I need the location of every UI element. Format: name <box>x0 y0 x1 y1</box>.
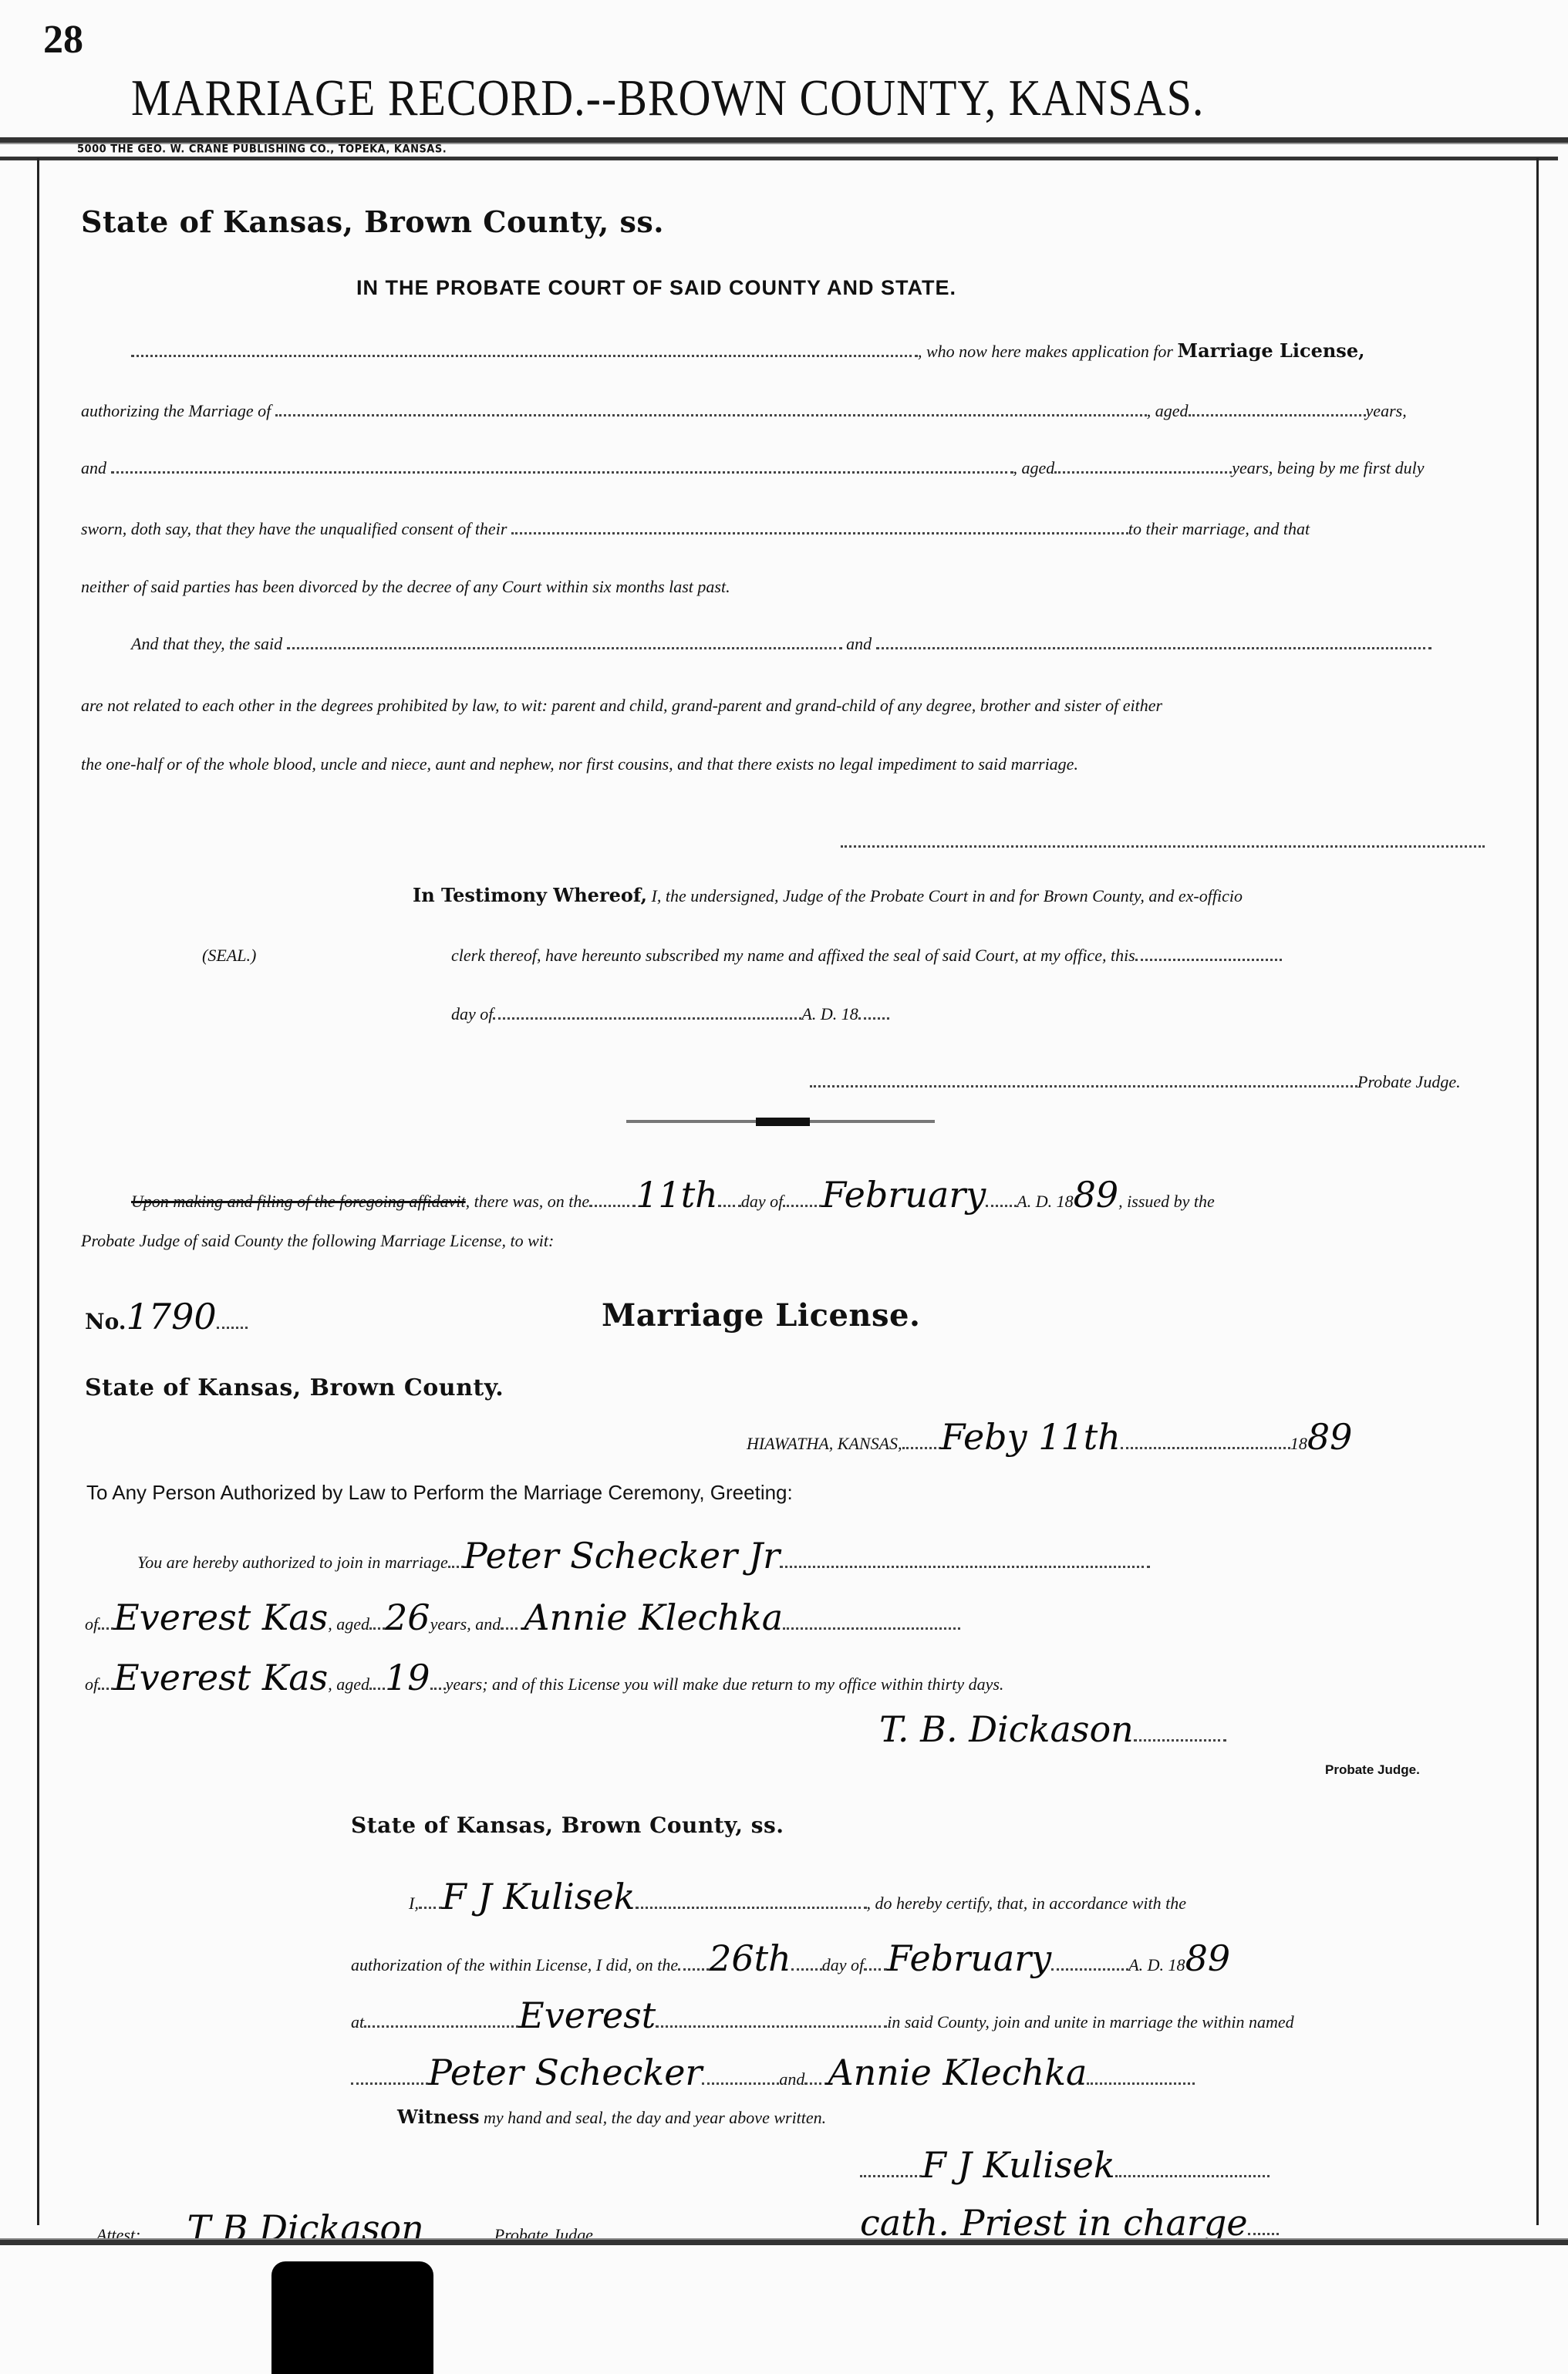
testimony-line-1: In Testimony Whereof, I, the undersigned… <box>413 884 1243 906</box>
text: to their marriage, and that <box>1128 519 1310 538</box>
handwritten-bride-name: Annie Klechka <box>524 1597 783 1638</box>
testimony-line-3: day ofA. D. 18 <box>451 1004 889 1024</box>
text: You are hereby authorized to join in mar… <box>137 1553 448 1572</box>
text: years, <box>1366 401 1407 420</box>
handwritten-bride-age: 19 <box>385 1657 430 1698</box>
place-text: HIAWATHA, KANSAS, <box>747 1434 902 1453</box>
officiant-title-line: cath. Priest in charge <box>860 2202 1279 2244</box>
binding-tab <box>271 2261 433 2374</box>
handwritten-judge-signature: T. B. Dickason <box>879 1708 1134 1750</box>
certificate-line-2: authorization of the within License, I d… <box>351 1937 1230 1979</box>
text: my hand and seal, the day and year above… <box>484 2108 826 2127</box>
issuance-line-1: Upon making and filing of the foregoing … <box>131 1174 1215 1216</box>
struck-text: Upon making and filing of the foregoing … <box>131 1192 466 1211</box>
license-greeting: To Any Person Authorized by Law to Perfo… <box>86 1481 793 1505</box>
text: clerk thereof, have hereunto subscribed … <box>451 946 1135 965</box>
handwritten-groom-name: Peter Schecker Jr <box>464 1535 780 1576</box>
page-border-left <box>37 158 39 2225</box>
handwritten-officiant: F J Kulisek <box>442 1876 636 1917</box>
handwritten-place: Everest <box>518 1995 656 2036</box>
text: at <box>351 2012 364 2032</box>
text: in said County, join and unite in marria… <box>887 2012 1293 2032</box>
application-line-4: sworn, doth say, that they have the unqu… <box>81 519 1310 539</box>
text: Probate Judge. <box>1357 1072 1461 1091</box>
testimony-judge-line: Probate Judge. <box>810 1072 1461 1092</box>
testimony-month-blank <box>493 1017 801 1020</box>
seal-label: (SEAL.) <box>202 946 256 966</box>
header-rule-lower <box>0 157 1558 160</box>
handwritten-month: February <box>887 1937 1051 1979</box>
license-judge-signature: T. B. Dickason <box>879 1708 1226 1750</box>
text: , aged <box>1013 458 1055 477</box>
text: , do hereby certify, that, in accordance… <box>867 1893 1186 1913</box>
license-authorized-line: You are hereby authorized to join in mar… <box>137 1535 1150 1576</box>
text: , who now here makes application for <box>918 342 1173 361</box>
text: I, the undersigned, Judge of the Probate… <box>652 886 1243 905</box>
publisher-imprint: 5000 THE GEO. W. CRANE PUBLISHING CO., T… <box>77 143 447 156</box>
party1-age-blank <box>1189 414 1366 416</box>
no-label: No. <box>85 1309 126 1334</box>
certificate-heading: State of Kansas, Brown County, ss. <box>351 1813 784 1838</box>
application-line-3: and , agedyears, being by me first duly <box>81 458 1425 478</box>
text: A. D. 18 <box>801 1004 858 1023</box>
issuance-line-2: Probate Judge of said County the followi… <box>81 1231 554 1251</box>
application-line-7: are not related to each other in the deg… <box>81 696 1162 716</box>
testimony-year-blank <box>858 1017 889 1020</box>
license-place-date: HIAWATHA, KANSAS,Feby 11th1889 <box>747 1416 1352 1458</box>
text: of <box>85 1614 98 1634</box>
page-border-right <box>1536 158 1539 2225</box>
party2-blank <box>111 471 1013 474</box>
license-number: No.1790 <box>85 1296 248 1337</box>
text: A. D. 18 <box>1128 1955 1185 1974</box>
application-line-1: , who now here makes application for Mar… <box>131 339 1364 362</box>
text: and <box>81 458 106 477</box>
marriage-license-bold: Marriage License, <box>1178 339 1365 362</box>
certificate-line-1: I,F J Kulisek, do hereby certify, that, … <box>409 1876 1186 1917</box>
text: day of <box>822 1955 864 1974</box>
said-party1-blank <box>287 647 842 649</box>
court-heading: IN THE PROBATE COURT OF SAID COUNTY AND … <box>356 276 956 300</box>
party1-blank <box>275 414 1147 416</box>
text: day of <box>741 1192 783 1211</box>
handwritten-year: 89 <box>1074 1174 1119 1216</box>
application-line-6: And that they, the said and <box>131 634 1431 654</box>
handwritten-day: 11th <box>636 1174 718 1216</box>
witness-bold: Witness <box>397 2106 479 2128</box>
application-line-8: the one-half or of the whole blood, uncl… <box>81 754 1078 774</box>
handwritten-groom-residence: Everest Kas <box>113 1597 328 1638</box>
text: years; and of this License you will make… <box>446 1674 1004 1694</box>
application-heading: State of Kansas, Brown County, ss. <box>81 204 664 239</box>
handwritten-license-number: 1790 <box>126 1296 217 1337</box>
handwritten-officiant-title: cath. Priest in charge <box>860 2202 1248 2244</box>
handwritten-bride-name: Annie Klechka <box>828 2052 1087 2093</box>
text: , there was, on the <box>466 1192 590 1211</box>
handwritten-year: 89 <box>1307 1416 1353 1458</box>
text: , aged <box>1147 401 1189 420</box>
certificate-line-3: atEverestin said County, join and unite … <box>351 1995 1294 2036</box>
handwritten-month: February <box>821 1174 986 1216</box>
text: and <box>779 2069 804 2089</box>
testimony-line-2: clerk thereof, have hereunto subscribed … <box>451 946 1282 966</box>
text: , aged <box>328 1614 369 1634</box>
text: I, <box>409 1893 419 1913</box>
consent-blank <box>511 532 1128 534</box>
license-title: Marriage License. <box>602 1297 920 1334</box>
text: , aged <box>328 1674 369 1694</box>
applicant-blank <box>131 355 918 357</box>
handwritten-bride-residence: Everest Kas <box>113 1657 328 1698</box>
text: 18 <box>1290 1434 1307 1453</box>
handwritten-officiant-signature: F J Kulisek <box>922 2144 1115 2186</box>
text: And that they, the said <box>131 634 282 653</box>
text: authorizing the Marriage of <box>81 401 271 420</box>
text: of <box>85 1674 98 1694</box>
text: , issued by the <box>1118 1192 1215 1211</box>
text: years, being by me first duly <box>1232 458 1424 477</box>
witness-line: Witness my hand and seal, the day and ye… <box>397 2106 826 2128</box>
text: years, and <box>430 1614 501 1634</box>
page-title: MARRIAGE RECORD.--BROWN COUNTY, KANSAS. <box>131 68 1204 127</box>
text: A. D. 18 <box>1017 1192 1073 1211</box>
applicant-signature-line <box>841 838 1485 851</box>
handwritten-groom-name: Peter Schecker <box>428 2052 702 2093</box>
handwritten-year: 89 <box>1185 1937 1231 1979</box>
license-judge-label: Probate Judge. <box>1325 1762 1420 1778</box>
handwritten-groom-age: 26 <box>385 1597 430 1638</box>
footer-rule <box>0 2238 1568 2245</box>
application-line-2: authorizing the Marriage of , agedyears, <box>81 401 1407 421</box>
handwritten-date: Feby 11th <box>941 1416 1121 1458</box>
handwritten-day: 26th <box>709 1937 791 1979</box>
said-party2-blank <box>876 647 1431 649</box>
judge-signature-blank <box>810 1085 1357 1088</box>
license-heading: State of Kansas, Brown County. <box>85 1374 504 1401</box>
certificate-line-4: Peter ScheckerandAnnie Klechka <box>351 2052 1195 2093</box>
application-line-5: neither of said parties has been divorce… <box>81 577 730 597</box>
section-divider-center <box>756 1118 810 1126</box>
testimony-day-blank <box>1135 959 1282 961</box>
party2-age-blank <box>1054 471 1232 474</box>
text: day of <box>451 1004 493 1023</box>
testimony-bold: In Testimony Whereof, <box>413 884 647 906</box>
officiant-signature-line: F J Kulisek <box>860 2144 1270 2186</box>
license-bride-line: ofEverest Kas, aged19years; and of this … <box>85 1657 1003 1698</box>
page-number: 28 <box>43 17 83 62</box>
license-groom-line: ofEverest Kas, aged26years, andAnnie Kle… <box>85 1597 960 1638</box>
text: and <box>846 634 872 653</box>
text: authorization of the within License, I d… <box>351 1955 678 1974</box>
text: sworn, doth say, that they have the unqu… <box>81 519 507 538</box>
